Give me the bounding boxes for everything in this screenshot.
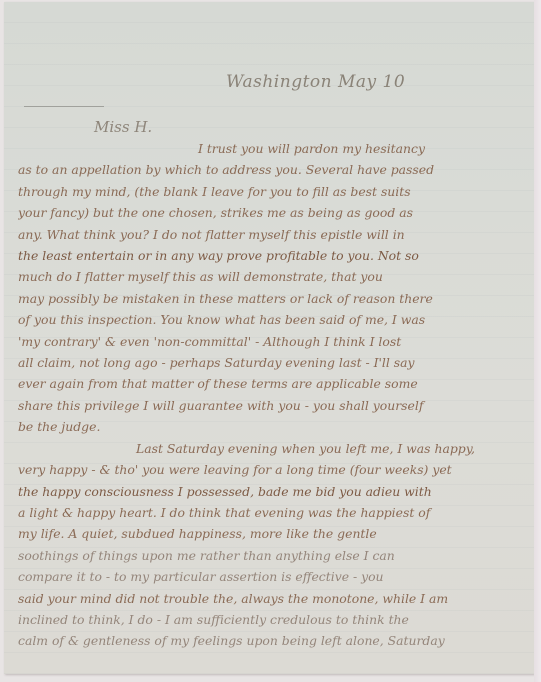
letter-line: compare it to - to my particular asserti…	[18, 566, 530, 587]
letter-line: through my mind, (the blank I leave for …	[18, 181, 530, 202]
letter-line: be the judge.	[18, 416, 530, 437]
letter-dateline: Washington May 10	[226, 72, 405, 92]
letter-body: I trust you will pardon my hesitancy as …	[18, 138, 530, 652]
letter-line: Last Saturday evening when you left me, …	[18, 438, 530, 459]
letter-line: ever again from that matter of these ter…	[18, 373, 530, 394]
letter-line: 'my contrary' & even 'non-committal' - A…	[18, 331, 530, 352]
letter-line: soothings of things upon me rather than …	[18, 545, 530, 566]
letter-line: my life. A quiet, subdued happiness, mor…	[18, 523, 530, 544]
background-edge	[534, 0, 541, 682]
letter-line: inclined to think, I do - I am sufficien…	[18, 609, 530, 630]
letter-line: a light & happy heart. I do think that e…	[18, 502, 530, 523]
letter-line: very happy - & tho' you were leaving for…	[18, 459, 530, 480]
letter-line: the least entertain or in any way prove …	[18, 245, 530, 266]
letter-line: said your mind did not trouble the, alwa…	[18, 588, 530, 609]
letter-line: may possibly be mistaken in these matter…	[18, 288, 530, 309]
letter-line: all claim, not long ago - perhaps Saturd…	[18, 352, 530, 373]
letter-line: any. What think you? I do not flatter my…	[18, 224, 530, 245]
margin-rule-mark	[24, 106, 104, 107]
letter-line: of you this inspection. You know what ha…	[18, 309, 530, 330]
letter-salutation: Miss H.	[94, 118, 152, 136]
letter-line: I trust you will pardon my hesitancy	[18, 138, 530, 159]
letter-line: share this privilege I will guarantee wi…	[18, 395, 530, 416]
letter-line: the happy consciousness I possessed, bad…	[18, 481, 530, 502]
letter-page: Washington May 10 Miss H. I trust you wi…	[4, 2, 534, 674]
letter-line: calm of & gentleness of my feelings upon…	[18, 630, 530, 651]
letter-line: as to an appellation by which to address…	[18, 159, 530, 180]
letter-line: your fancy) but the one chosen, strikes …	[18, 202, 530, 223]
letter-line: much do I flatter myself this as will de…	[18, 266, 530, 287]
